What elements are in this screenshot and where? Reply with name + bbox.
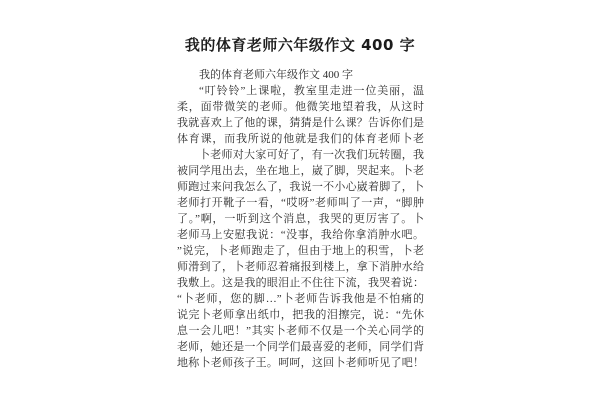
body-line: 我的体育老师六年级作文 400 字 — [177, 67, 424, 83]
body-line: 息一会儿吧！”其实卜老师不仅是一个关心同学的 — [177, 323, 424, 339]
document-page: 我的体育老师六年级作文 400 字 我的体育老师六年级作文 400 字 “叮铃铃… — [0, 0, 600, 400]
body-line: ”说完，卜老师跑走了，但由于地上的积雪，卜老 — [177, 243, 424, 259]
body-line: 地称卜老师孩子王。呵呵，这回卜老师听见了吧！ — [177, 355, 424, 371]
body-line: 老师打开靴子一看，“哎呀”老师叫了一声，“脚肿 — [177, 195, 424, 211]
essay-body: 我的体育老师六年级作文 400 字 “叮铃铃”上课啦，教室里走进一位美丽，温 柔… — [177, 67, 424, 371]
body-line: 我就喜欢上了他的课，猜猜是什么课？告诉你们是 — [177, 115, 424, 131]
body-line: 柔，面带微笑的老师。他微笑地望着我，从这时起， — [177, 99, 424, 115]
body-line: 师跑过来问我怎么了，我说一不小心崴着脚了，卜 — [177, 179, 424, 195]
body-line: 了。”啊，一听到这个消息，我哭的更厉害了。卜 — [177, 211, 424, 227]
body-line: 体育课，而我所说的他就是我们的体育老师卜老师。 — [177, 131, 424, 147]
body-line: 老师，她还是一个同学们最喜爱的老师，同学们背 — [177, 339, 424, 355]
body-line: 卜老师对大家可好了，有一次我们玩转圈，我 — [177, 147, 424, 163]
body-line: 我敷上。这是我的眼泪止不住往下流，我哭着说： — [177, 275, 424, 291]
body-line: 说完卜老师拿出纸巾，把我的泪擦完，说：“先休 — [177, 307, 424, 323]
body-line: 师滑到了，卜老师忍着痛报到楼上，拿下消肿水给 — [177, 259, 424, 275]
body-line: 老师马上安慰我说：“没事，我给你拿消肿水吧。 — [177, 227, 424, 243]
body-line: 被同学甩出去，坐在地上，崴了脚，哭起来。卜老 — [177, 163, 424, 179]
body-line: “叮铃铃”上课啦，教室里走进一位美丽，温 — [177, 83, 424, 99]
body-line: “卜老师，您的脚…”卜老师告诉我他是不怕痛的 — [177, 291, 424, 307]
page-title: 我的体育老师六年级作文 400 字 — [0, 34, 600, 55]
